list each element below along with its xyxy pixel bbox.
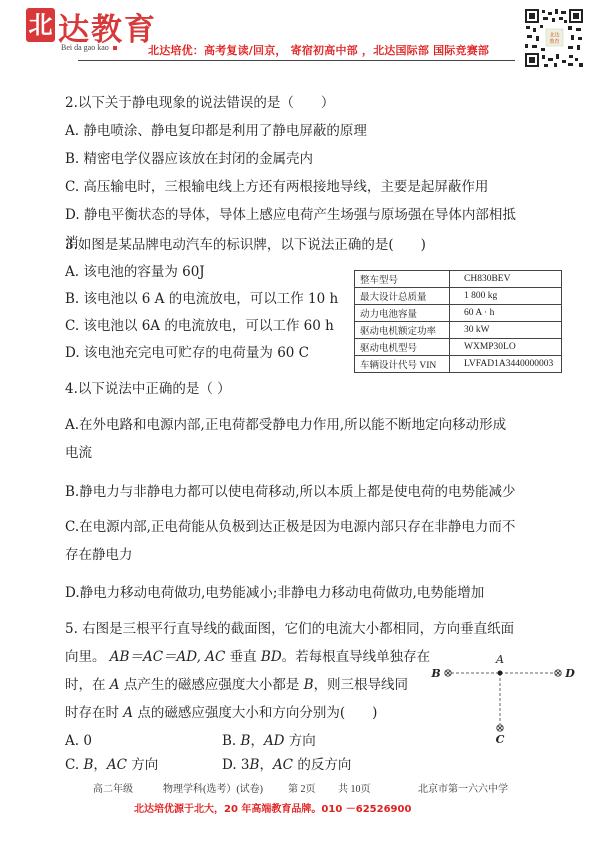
q5-option-b: B. B，AD 方向 [222,732,316,750]
vehicle-spec-table: 整车型号CH830BEV 最大设计总质量1 800 kg 动力电池容量60 A … [354,270,562,373]
qr-code-icon: 北达 教育 [524,8,584,68]
q5-stem-line3: 时，在 A 点产生的磁感应强度大小都是 B，则三根导线同 [65,676,408,694]
label-d: D [564,667,575,680]
q3-option-b: B. 该电池以 6 A 的电流放电，可以工作 10 h [65,290,338,308]
label-b: B [430,667,440,680]
logo-subtitle: Bei da gao kao [61,43,117,52]
q4-option-a: A.在外电路和电源内部,正电荷都受静电力作用,所以能不断地定向移动形成 [65,416,506,434]
svg-text:北达: 北达 [549,32,559,39]
label-a: A [495,653,504,666]
q2-option-b: B. 精密电学仪器应该放在封闭的金属壳内 [65,150,313,168]
q5-option-a: A. 0 [65,732,92,750]
q3-option-a: A. 该电池的容量为 60J [65,263,205,281]
table-row: 车辆设计代号 VINLVFAD1A3440000003 [355,356,562,373]
q2-option-a: A. 静电喷涂、静电复印都是利用了静电屏蔽的原理 [65,122,367,140]
q3-stem: 3.如图是某品牌电动汽车的标识牌，以下说法正确的是( ) [65,236,426,254]
table-row: 最大设计总质量1 800 kg [355,288,562,305]
q3-option-c: C. 该电池以 6A 的电流放电，可以工作 60 h [65,317,334,335]
q4-option-c-cont: 存在静电力 [65,546,133,564]
q5-stem-line2: 向里。 AB＝AC＝AD, AC 垂直 BD。若每根直导线单独存在 [65,648,430,666]
q4-option-d: D.静电力移动电荷做功,电势能减小;非静电力移动电荷做功,电势能增加 [65,584,484,602]
footer-school: 北京市第一六六中学 [418,780,508,795]
logo-mark: 北 [26,8,55,42]
header-slogan: 北达培优：高考复读/回京， 寄宿初高中部 ，北达国际部 国际竞赛部 [148,42,489,58]
footer-total: 共 10页 [338,780,371,795]
svg-text:教育: 教育 [549,38,559,45]
footer-ad: 北达培优源于北大，20 年高端教育品牌。010 －62526900 [134,800,411,815]
q5-option-d: D. 3B，AC 的反方向 [222,756,351,774]
header-divider [78,60,515,61]
q5-option-c: C. B，AC 方向 [65,756,158,774]
q4-stem: 4.以下说法中正确的是（ ） [65,380,231,398]
q5-stem-line4: 时存在时 A 点的磁感应强度大小和方向分别为( ) [65,704,377,722]
q2-option-d: D. 静电平衡状态的导体，导体上感应电荷产生场强与原场强在导体内部相抵 [65,206,516,224]
q4-option-b: B.静电力与非静电力都可以使电荷移动,所以本质上都是使电荷的电势能减少 [65,483,516,501]
table-row: 动力电池容量60 A · h [355,305,562,322]
wire-cross-section-diagram: A B D C [425,650,595,745]
q2-stem: 2.以下关于静电现象的说法错误的是（ ） [65,94,334,112]
q5-stem-line1: 5. 右图是三根平行直导线的截面图，它们的电流大小都相同，方向垂直纸面 [65,620,514,638]
table-row: 整车型号CH830BEV [355,271,562,288]
q4-option-c: C.在电源内部,正电荷能从负极到达正极是因为电源内部只存在非静电力而不 [65,518,515,536]
label-c: C [496,733,505,745]
table-row: 驱动电机额定功率30 kW [355,322,562,339]
table-row: 驱动电机型号WXMP30LO [355,339,562,356]
footer-page: 第 2页 [288,780,316,795]
q2-option-c: C. 高压输电时，三根输电线上方还有两根接地导线，主要是起屏蔽作用 [65,178,488,196]
footer-grade: 高二年级 [93,780,133,795]
footer-subject: 物理学科(选考）(试卷) [163,780,263,795]
q4-option-a-cont: 电流 [65,444,92,462]
q3-option-d: D. 该电池充完电可贮存的电荷量为 60 C [65,344,309,362]
